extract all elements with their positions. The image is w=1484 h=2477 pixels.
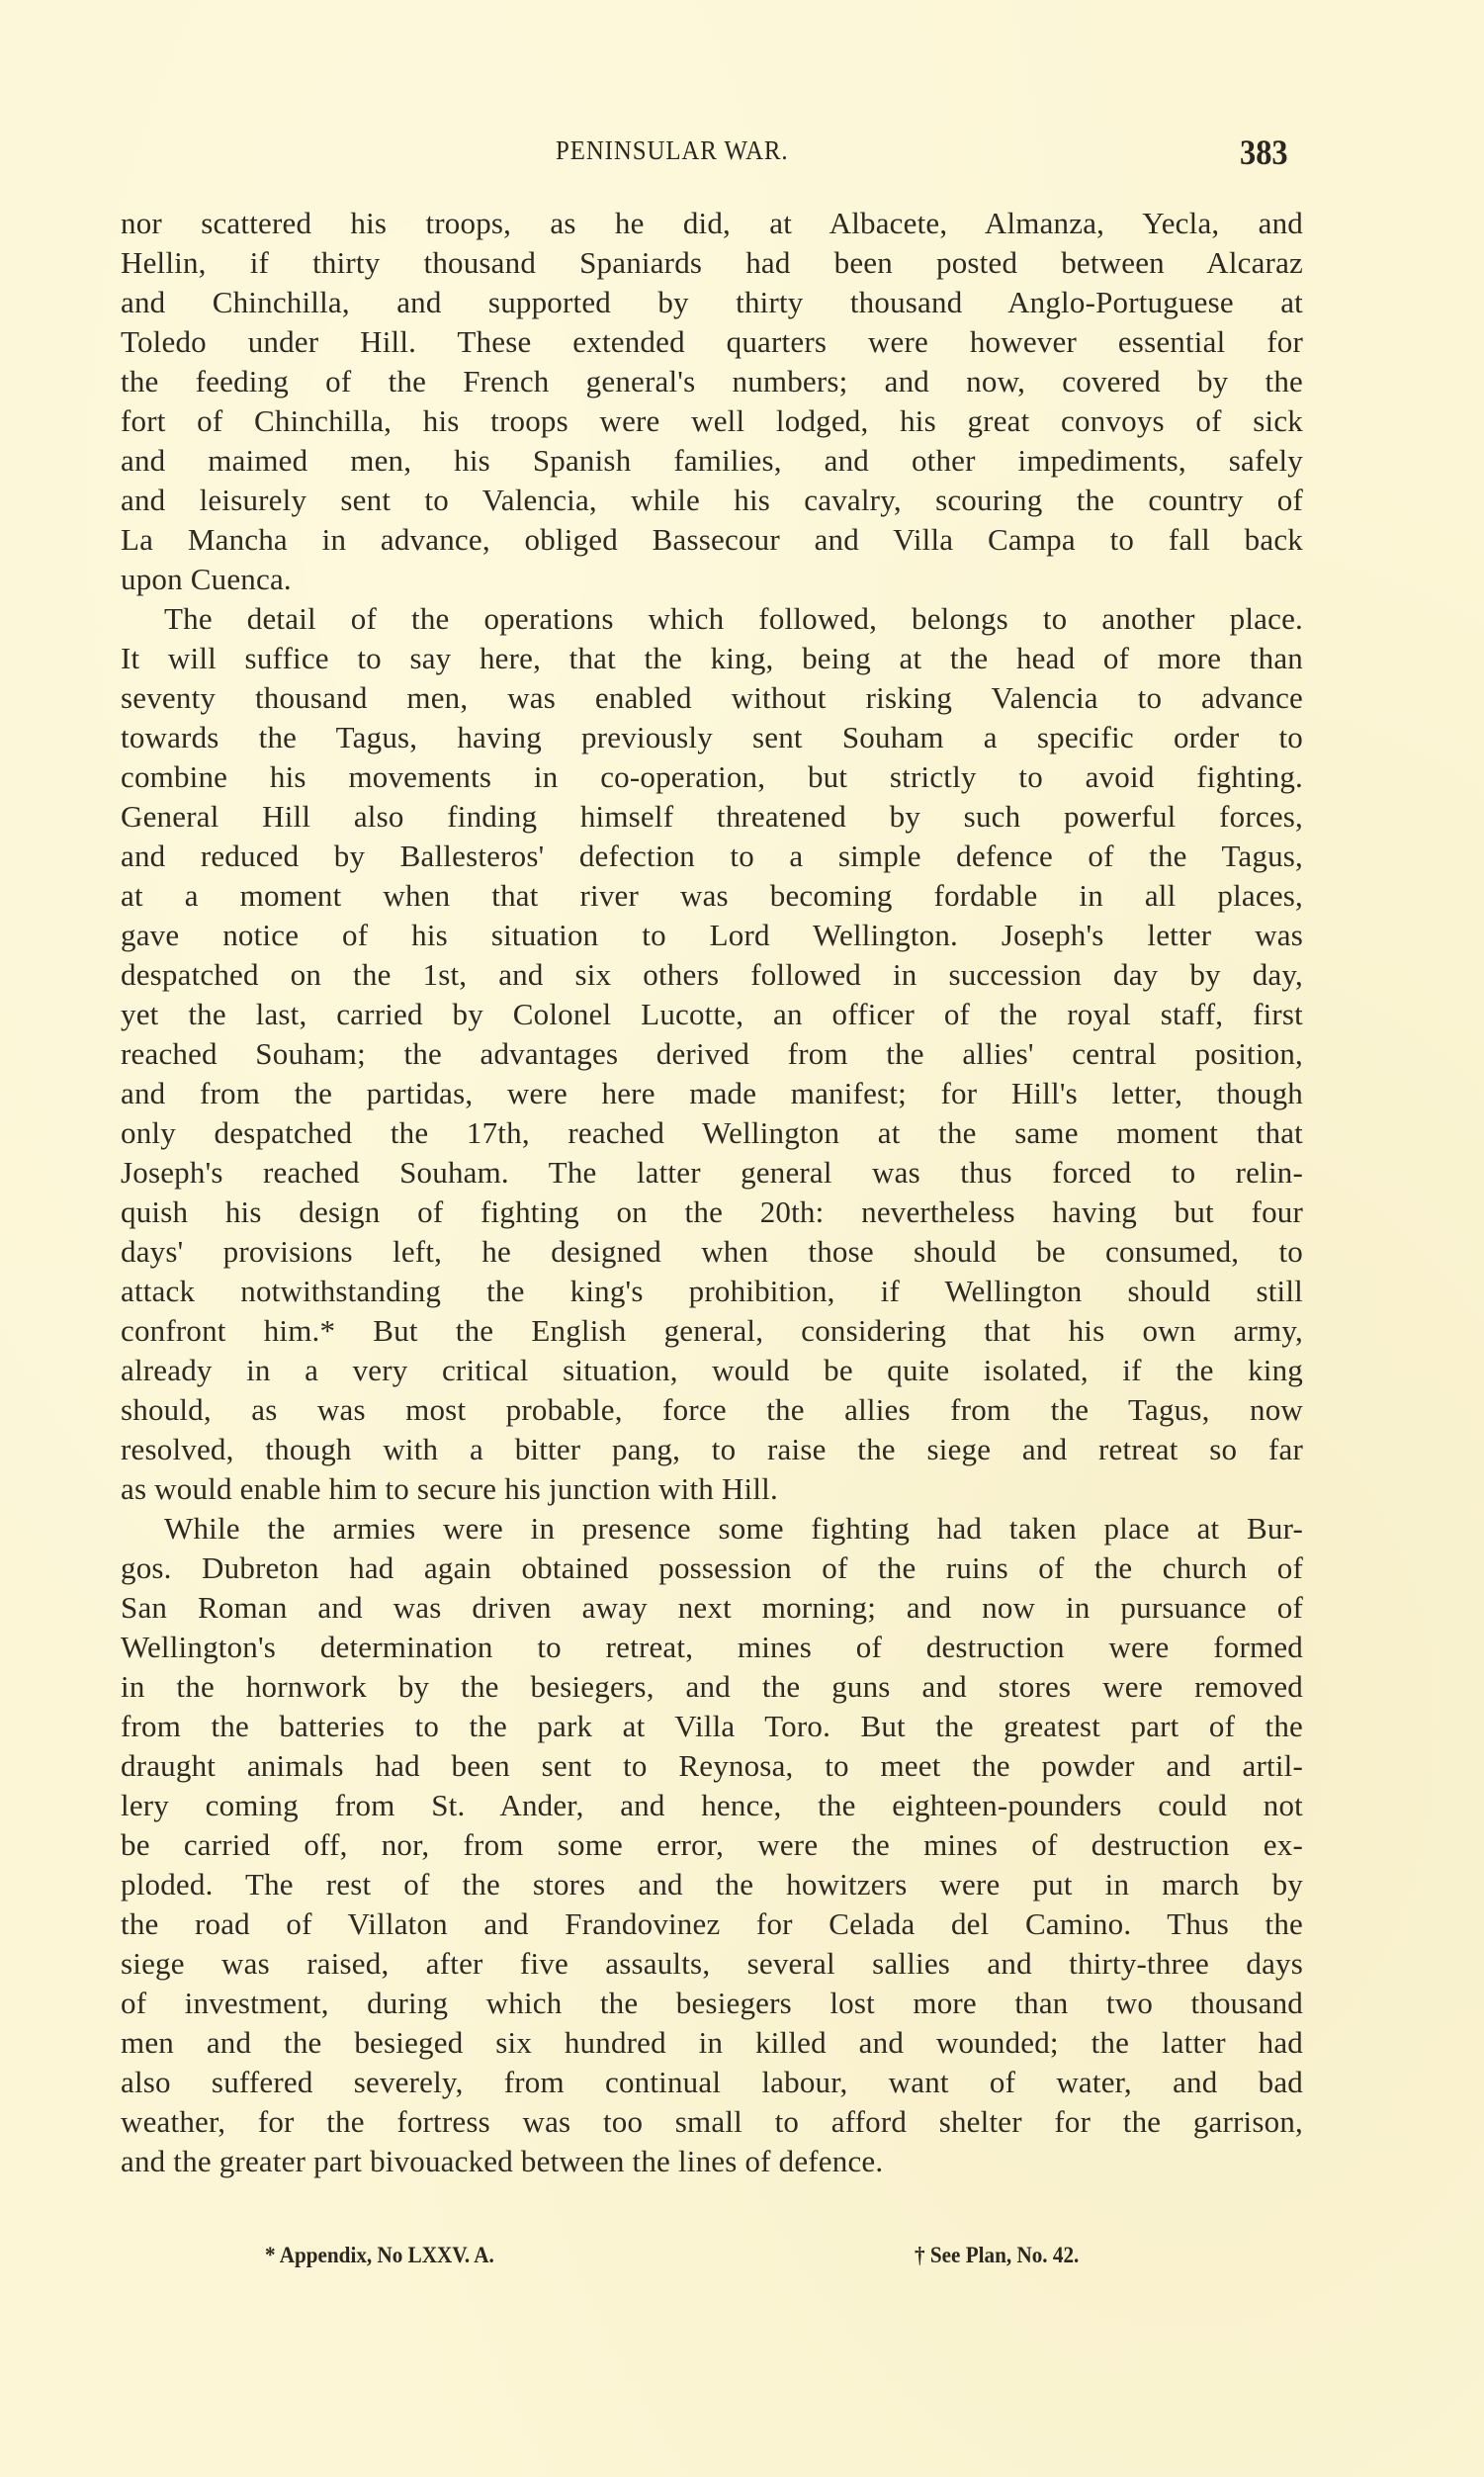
text-line: also suffered severely, from continual l… xyxy=(121,2063,1303,2102)
text-line: and from the partidas, were here made ma… xyxy=(121,1074,1303,1113)
text-line: It will suffice to say here, that the ki… xyxy=(121,639,1303,678)
text-line: confront him.* But the English general, … xyxy=(121,1311,1303,1351)
text-line: and reduced by Ballesteros' defection to… xyxy=(121,837,1303,876)
text-line: fort of Chinchilla, his troops were well… xyxy=(121,401,1303,441)
text-line: should, as was most probable, force the … xyxy=(121,1390,1303,1430)
text-line: weather, for the fortress was too small … xyxy=(121,2102,1303,2142)
book-page: PENINSULAR WAR. 383 nor scattered his tr… xyxy=(0,0,1484,2477)
text-line: only despatched the 17th, reached Wellin… xyxy=(121,1113,1303,1153)
text-line: from the batteries to the park at Villa … xyxy=(121,1707,1303,1746)
text-line: seventy thousand men, was enabled withou… xyxy=(121,678,1303,718)
text-line: nor scattered his troops, as he did, at … xyxy=(121,204,1303,243)
text-line: upon Cuenca. xyxy=(121,560,1303,599)
text-line: Wellington's determination to retreat, m… xyxy=(121,1628,1303,1667)
text-line: the road of Villaton and Frandovinez for… xyxy=(121,1904,1303,1944)
text-line: General Hill also finding himself threat… xyxy=(121,797,1303,837)
text-line: gave notice of his situation to Lord Wel… xyxy=(121,916,1303,955)
page-number: 383 xyxy=(1240,132,1288,173)
text-line: quish his design of fighting on the 20th… xyxy=(121,1193,1303,1232)
text-line: and maimed men, his Spanish families, an… xyxy=(121,441,1303,481)
running-head: PENINSULAR WAR. 383 xyxy=(0,132,1484,171)
text-line: The detail of the operations which follo… xyxy=(121,599,1303,639)
text-line: lery coming from St. Ander, and hence, t… xyxy=(121,1786,1303,1825)
text-line: siege was raised, after five assaults, s… xyxy=(121,1944,1303,1984)
text-line: already in a very critical situation, wo… xyxy=(121,1351,1303,1390)
text-line: despatched on the 1st, and six others fo… xyxy=(121,955,1303,995)
footnote-appendix: * Appendix, No LXXV. A. xyxy=(265,2243,494,2268)
text-line: towards the Tagus, having previously sen… xyxy=(121,718,1303,757)
text-line: the feeding of the French general's numb… xyxy=(121,362,1303,401)
text-line: as would enable him to secure his juncti… xyxy=(121,1469,1303,1509)
footnote-plan: † See Plan, No. 42. xyxy=(915,2243,1079,2268)
text-line: be carried off, nor, from some error, we… xyxy=(121,1825,1303,1865)
text-line: men and the besieged six hundred in kill… xyxy=(121,2023,1303,2063)
text-line: of investment, during which the besieger… xyxy=(121,1984,1303,2023)
text-line: While the armies were in presence some f… xyxy=(121,1509,1303,1548)
text-line: in the hornwork by the besiegers, and th… xyxy=(121,1667,1303,1707)
text-line: gos. Dubreton had again obtained possess… xyxy=(121,1548,1303,1588)
text-line: resolved, though with a bitter pang, to … xyxy=(121,1430,1303,1469)
text-line: Toledo under Hill. These extended quarte… xyxy=(121,322,1303,362)
text-line: days' provisions left, he designed when … xyxy=(121,1232,1303,1272)
text-line: ploded. The rest of the stores and the h… xyxy=(121,1865,1303,1904)
text-line: La Mancha in advance, obliged Bassecour … xyxy=(121,520,1303,560)
text-line: Hellin, if thirty thousand Spaniards had… xyxy=(121,243,1303,283)
text-line: combine his movements in co-operation, b… xyxy=(121,757,1303,797)
text-line: at a moment when that river was becoming… xyxy=(121,876,1303,916)
text-line: reached Souham; the advantages derived f… xyxy=(121,1034,1303,1074)
text-line: and leisurely sent to Valencia, while hi… xyxy=(121,481,1303,520)
paragraph-3: While the armies were in presence some f… xyxy=(121,1509,1303,2181)
text-line: Joseph's reached Souham. The latter gene… xyxy=(121,1153,1303,1193)
paragraph-1: nor scattered his troops, as he did, at … xyxy=(121,204,1303,599)
text-line: attack notwithstanding the king's prohib… xyxy=(121,1272,1303,1311)
running-title: PENINSULAR WAR. xyxy=(556,135,789,166)
text-line: yet the last, carried by Colonel Lucotte… xyxy=(121,995,1303,1034)
body-text: nor scattered his troops, as he did, at … xyxy=(121,204,1303,2181)
text-line: and Chinchilla, and supported by thirty … xyxy=(121,283,1303,322)
text-line: draught animals had been sent to Reynosa… xyxy=(121,1746,1303,1786)
paragraph-2: The detail of the operations which follo… xyxy=(121,599,1303,1509)
footnotes: * Appendix, No LXXV. A. † See Plan, No. … xyxy=(0,2243,1484,2282)
text-line: San Roman and was driven away next morni… xyxy=(121,1588,1303,1628)
text-line: and the greater part bivouacked between … xyxy=(121,2142,1303,2181)
